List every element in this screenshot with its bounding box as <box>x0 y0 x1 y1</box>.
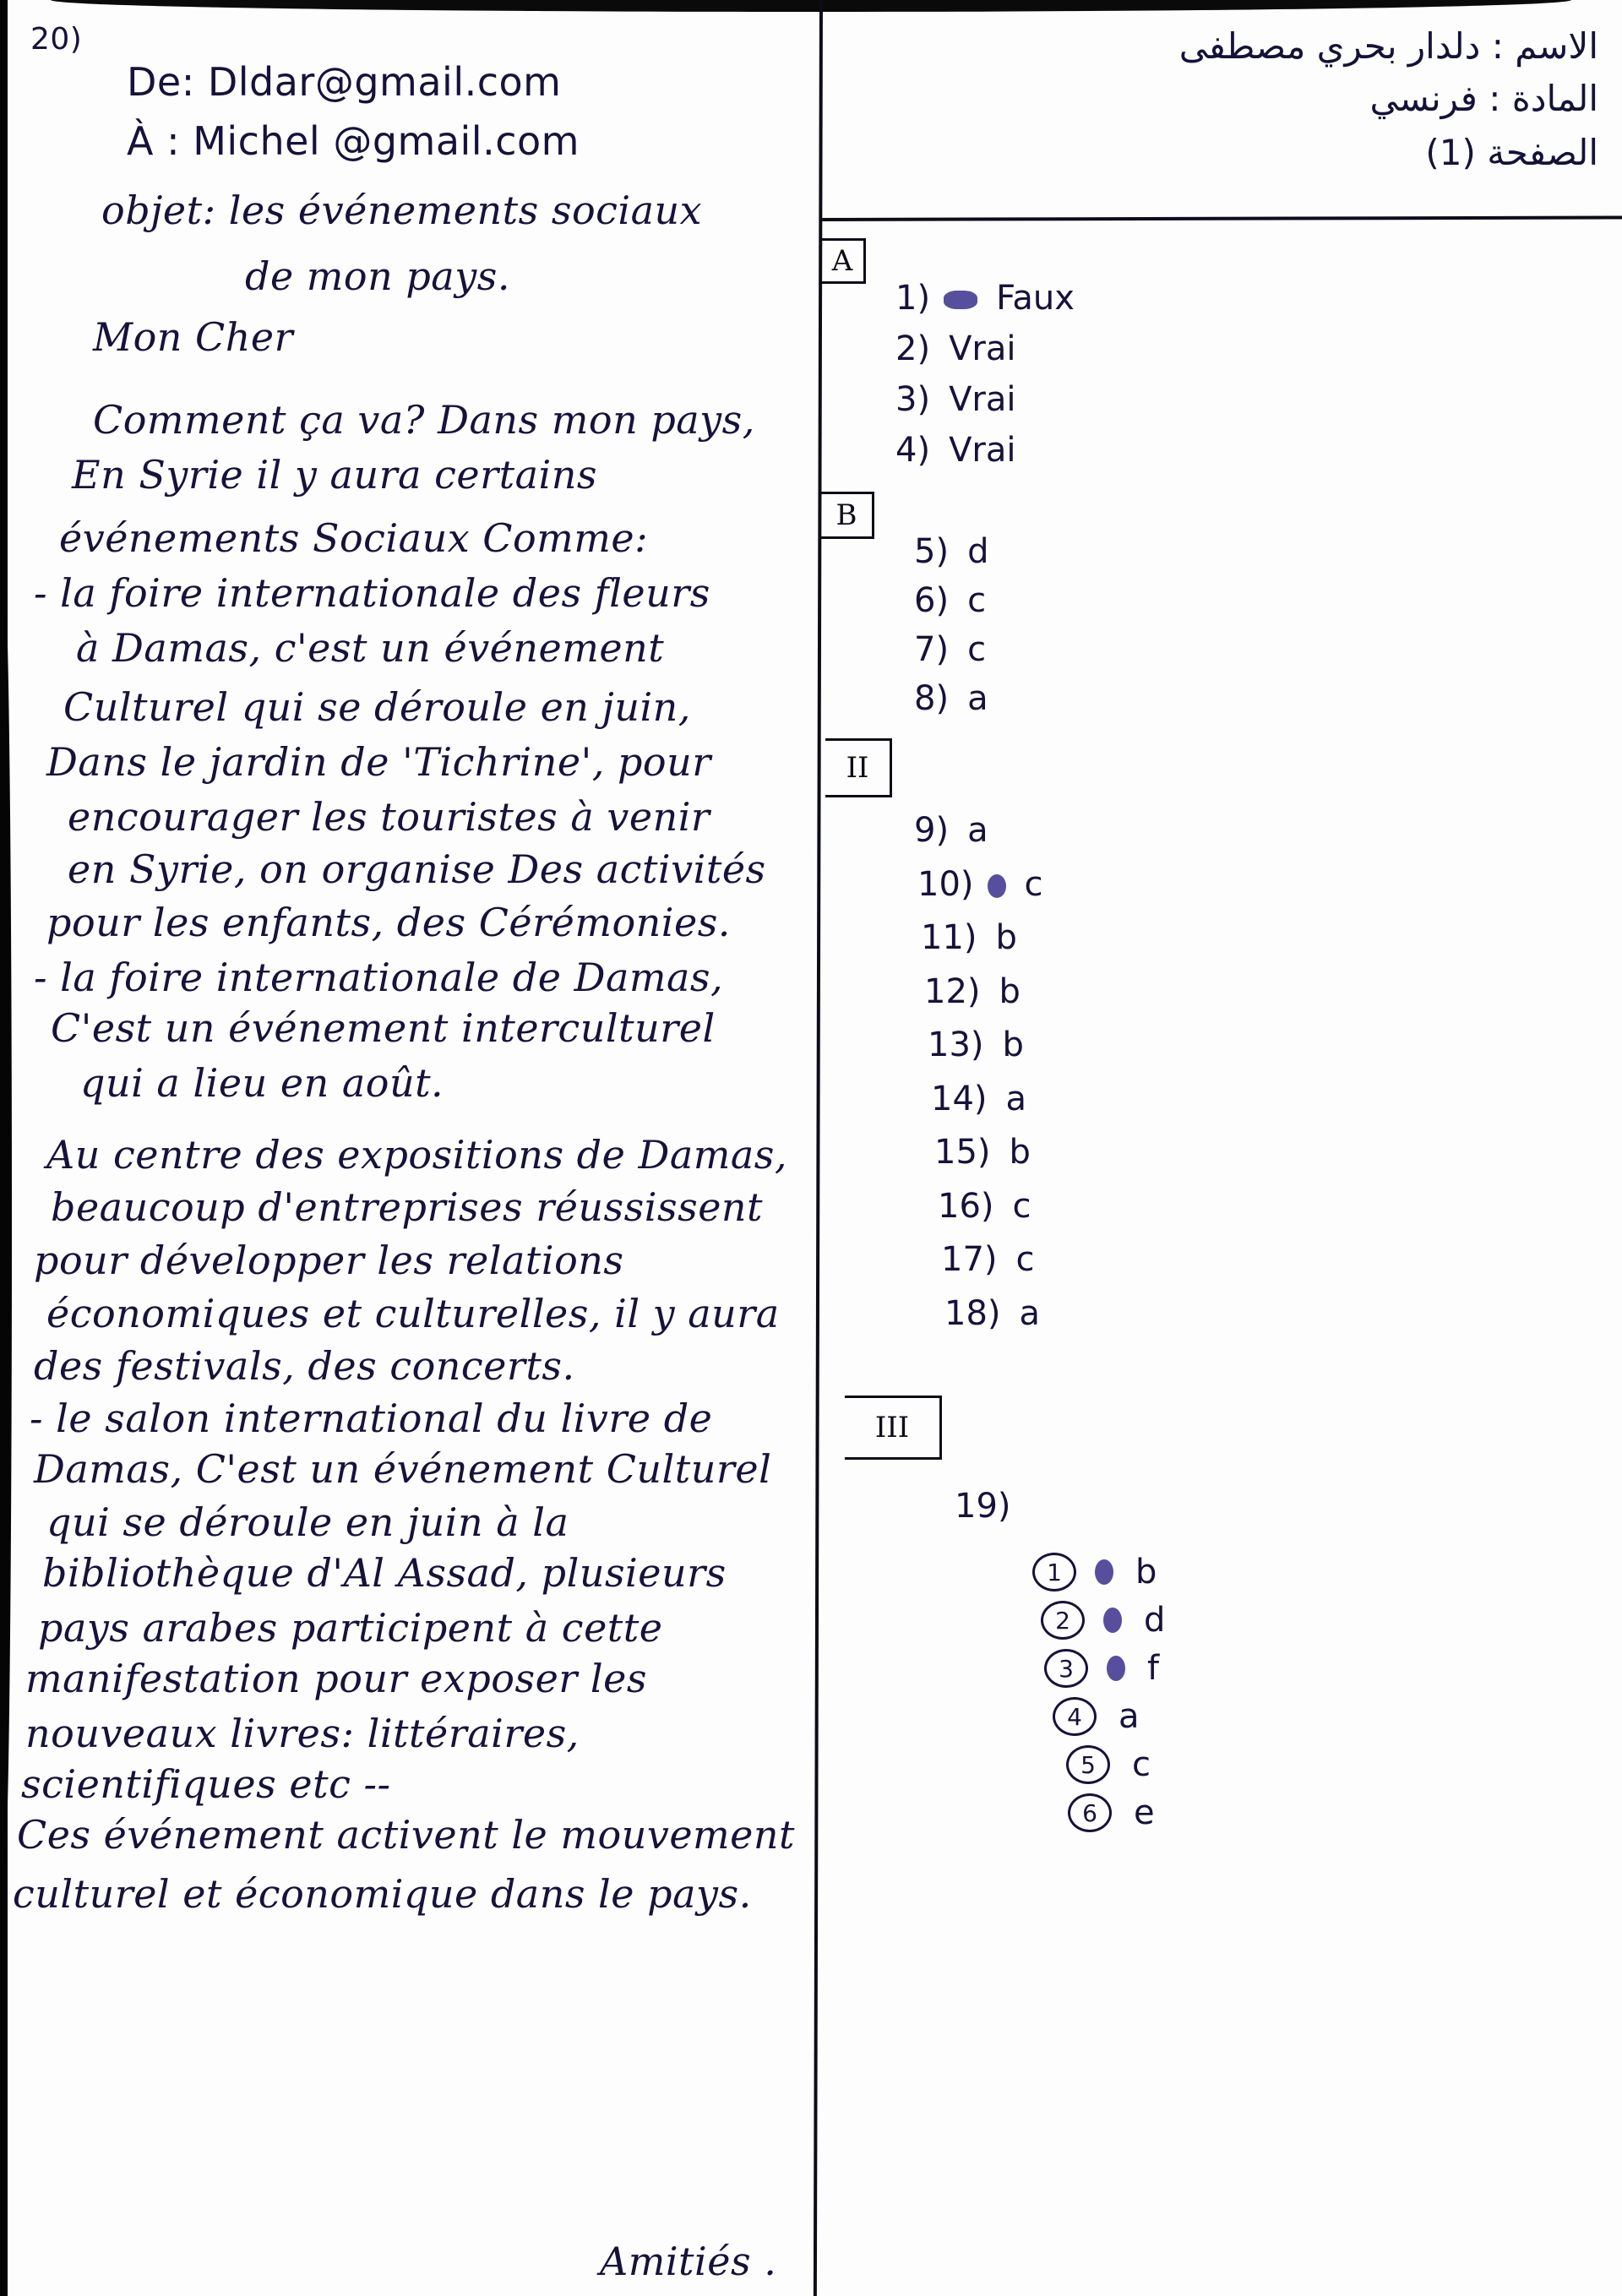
letter-line: bibliothèque d'Al Assad, plusieurs <box>42 1550 727 1596</box>
letter-line: qui se déroule en juin à la <box>46 1499 569 1545</box>
match-item: 6e <box>1068 1793 1155 1832</box>
letter-line: - la foire internationale de Damas, <box>34 955 723 1000</box>
answer-sheet-page: الاسم : دلدار بحري مصطفى المادة : فرنسي … <box>0 0 1622 2296</box>
question-19-number: 19) <box>955 1487 1011 1526</box>
match-item: 2d <box>1041 1601 1165 1640</box>
answer-value: a <box>967 811 988 850</box>
answer-item: 9)a <box>914 811 988 850</box>
answer-item: 3)Vrai <box>895 380 1016 419</box>
answer-value: c <box>967 581 986 620</box>
circled-number: 1 <box>1032 1553 1076 1591</box>
letter-line: pays arabes participent à cette <box>38 1605 662 1651</box>
answer-value: Vrai <box>949 329 1015 368</box>
answer-number: 12) <box>924 972 981 1011</box>
match-item: 3f <box>1044 1649 1159 1688</box>
question-number: 20) <box>30 22 82 57</box>
answer-number: 4) <box>895 431 930 470</box>
letter-line: en Syrie, on organise Des activités <box>68 846 766 892</box>
letter-line: Damas, C'est un événement Culturel <box>34 1446 771 1492</box>
crossed-out-mark <box>1107 1656 1125 1681</box>
letter-line: - la foire internationale des fleurs <box>34 570 710 616</box>
answer-item: 15)b <box>934 1133 1031 1172</box>
letter-line: Comment ça va? Dans mon pays, <box>93 397 755 443</box>
answer-number: 2) <box>895 329 930 368</box>
answer-value: c <box>1016 1240 1035 1279</box>
answer-number: 5) <box>914 532 949 571</box>
answer-value: Vrai <box>949 380 1015 419</box>
letter-line: événements Sociaux Comme: <box>59 515 648 561</box>
match-value: e <box>1134 1793 1155 1832</box>
answer-number: 8) <box>914 679 949 718</box>
letter-line: manifestation pour exposer les <box>25 1656 647 1701</box>
match-value: d <box>1144 1601 1165 1640</box>
circled-number: 4 <box>1053 1697 1097 1736</box>
answer-item: 2)Vrai <box>895 329 1016 368</box>
answer-value: a <box>1006 1080 1027 1118</box>
letter-line: encourager les touristes à venir <box>68 794 710 840</box>
answer-item: 8)a <box>914 679 988 718</box>
letter-line: beaucoup d'entreprises réussissent <box>51 1184 763 1230</box>
match-item: 5c <box>1066 1745 1151 1784</box>
email-subject: objet: les événements sociaux <box>101 188 702 233</box>
answer-number: 11) <box>921 918 977 957</box>
closing: Amitiés . <box>600 2239 776 2284</box>
answer-value: b <box>1010 1133 1031 1172</box>
answer-value: c <box>967 630 986 669</box>
student-name: الاسم : دلدار بحري مصطفى <box>1179 25 1598 67</box>
letter-line: économiques et culturelles, il y aura <box>46 1291 780 1336</box>
answer-value: b <box>1003 1026 1024 1064</box>
answer-value: b <box>999 972 1021 1011</box>
answer-value: Vrai <box>949 431 1015 470</box>
crossed-out-mark <box>1095 1559 1113 1585</box>
answer-value: c <box>1013 1187 1031 1226</box>
letter-line: pour développer les relations <box>34 1238 624 1283</box>
answer-value: c <box>1025 865 1043 904</box>
answer-number: 16) <box>938 1187 994 1226</box>
answer-number: 15) <box>934 1133 991 1172</box>
column-divider <box>814 0 823 2296</box>
letter-line: Dans le jardin de 'Tichrine', pour <box>46 739 711 785</box>
letter-line: qui a lieu en août. <box>80 1060 444 1106</box>
answer-item: 5)d <box>914 532 988 571</box>
answer-number: 3) <box>895 380 930 419</box>
email-to: À : Michel @gmail.com <box>127 118 580 164</box>
section-iii-label: III <box>845 1396 942 1460</box>
letter-line: pour les enfants, des Cérémonies. <box>46 900 731 945</box>
greeting: Mon Cher <box>93 314 293 360</box>
section-b-label: B <box>821 492 874 539</box>
answer-item: 4)Vrai <box>895 431 1016 470</box>
answer-number: 1) <box>895 279 930 318</box>
answer-value: a <box>967 679 988 718</box>
answer-item: 12)b <box>924 972 1021 1011</box>
answer-number: 7) <box>914 630 949 669</box>
answer-item: 17)c <box>941 1240 1035 1279</box>
letter-line: - le salon international du livre de <box>30 1396 712 1441</box>
answer-number: 9) <box>914 811 949 850</box>
match-value: f <box>1147 1649 1159 1688</box>
letter-line: scientifiques etc -- <box>21 1761 391 1807</box>
answer-value: a <box>1020 1294 1041 1333</box>
circled-number: 5 <box>1066 1745 1110 1784</box>
circled-number: 3 <box>1044 1649 1088 1688</box>
letter-line: En Syrie il y aura certains <box>72 452 597 498</box>
subject-label: المادة : فرنسي <box>1369 78 1598 119</box>
email-from: De: Dldar@gmail.com <box>127 59 561 105</box>
letter-line: à Damas, c'est un événement <box>76 625 664 671</box>
answer-item: 10)c <box>917 865 1043 904</box>
match-item: 1b <box>1032 1553 1157 1591</box>
letter-line: Au centre des expositions de Damas, <box>46 1132 787 1178</box>
page-number: الصفحة (1) <box>1425 132 1598 173</box>
scan-edge-top <box>51 0 1571 12</box>
letter-line: Culturel qui se déroule en juin, <box>63 684 691 730</box>
answer-item: 1)Faux <box>895 279 1075 318</box>
circled-number: 2 <box>1041 1601 1085 1640</box>
crossed-out-mark <box>988 874 1006 898</box>
answer-number: 18) <box>944 1294 1001 1333</box>
answer-item: 13)b <box>928 1026 1024 1064</box>
letter-line: culturel et économique dans le pays. <box>13 1871 752 1917</box>
section-a-label: A <box>821 238 866 284</box>
letter-line: nouveaux livres: littéraires, <box>25 1711 580 1756</box>
crossed-out-mark <box>944 291 977 309</box>
letter-line: des festivals, des concerts. <box>34 1343 575 1389</box>
answer-number: 13) <box>928 1026 984 1064</box>
answer-item: 16)c <box>938 1187 1031 1226</box>
letter-line: C'est un événement interculturel <box>51 1005 716 1051</box>
letter-line: Ces événement activent le mouvement <box>17 1812 795 1858</box>
answer-item: 6)c <box>914 581 986 620</box>
match-value: a <box>1119 1697 1140 1736</box>
match-value: c <box>1132 1745 1151 1784</box>
answer-number: 14) <box>931 1080 988 1118</box>
answer-value: d <box>967 532 988 571</box>
answer-number: 6) <box>914 581 949 620</box>
email-subject-cont: de mon pays. <box>245 253 510 299</box>
answer-number: 10) <box>917 865 974 904</box>
answer-item: 7)c <box>914 630 986 669</box>
answer-item: 18)a <box>944 1294 1040 1333</box>
match-value: b <box>1135 1553 1157 1591</box>
circled-number: 6 <box>1068 1793 1112 1832</box>
answer-value: b <box>996 918 1017 957</box>
answer-number: 17) <box>941 1240 998 1279</box>
header-divider <box>821 216 1622 221</box>
answer-value: Faux <box>996 279 1075 318</box>
crossed-out-mark <box>1103 1608 1122 1633</box>
match-item: 4a <box>1053 1697 1140 1736</box>
answer-item: 14)a <box>931 1080 1026 1118</box>
answer-item: 11)b <box>921 918 1017 957</box>
section-ii-label: II <box>825 738 892 797</box>
scan-edge-left-shadow <box>0 591 12 1858</box>
